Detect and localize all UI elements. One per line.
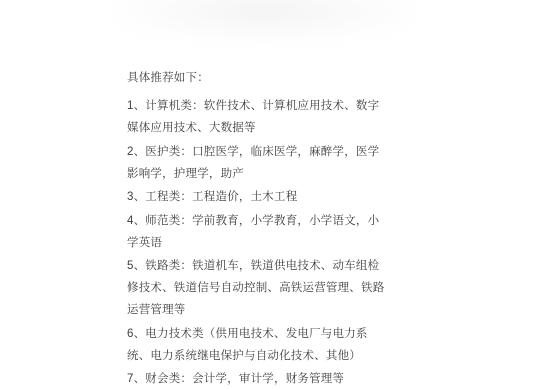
text-line: 6、电力技术类（供用电技术、发电厂与电力系 <box>127 323 417 345</box>
text-line: 修技术、铁道信号自动控制、高铁运营管理、铁路 <box>127 277 417 299</box>
faded-watermark-area <box>115 0 415 42</box>
intro-text: 具体推荐如下： <box>127 67 417 89</box>
text-line: 1、计算机类：软件技术、计算机应用技术、数字 <box>127 95 417 117</box>
paragraph-electric-power: 6、电力技术类（供用电技术、发电厂与电力系 统、电力系统继电保护与自动化技术、其… <box>127 323 417 367</box>
text-line: 5、铁路类：铁道机车，铁道供电技术、动车组检 <box>127 255 417 277</box>
text-line: 统、电力系统继电保护与自动化技术、其他） <box>127 345 417 367</box>
text-line: 7、财会类：会计学，审计学，财务管理等 <box>127 368 417 390</box>
text-line: 2、医护类：口腔医学，临床医学，麻醉学，医学 <box>127 141 417 163</box>
text-line: 学英语 <box>127 232 417 254</box>
document-text-block: 具体推荐如下： 1、计算机类：软件技术、计算机应用技术、数字 媒体应用技术、大数… <box>127 67 417 390</box>
paragraph-finance: 7、财会类：会计学，审计学，财务管理等 <box>127 368 417 390</box>
intro-heading: 具体推荐如下： <box>127 67 417 89</box>
paragraph-medical: 2、医护类：口腔医学，临床医学，麻醉学，医学 影响学，护理学，助产 <box>127 141 417 185</box>
text-line: 影响学，护理学，助产 <box>127 163 417 185</box>
paragraph-engineering: 3、工程类：工程造价，土木工程 <box>127 186 417 208</box>
text-line: 媒体应用技术、大数据等 <box>127 117 417 139</box>
text-line: 4、师范类：学前教育，小学教育，小学语文，小 <box>127 210 417 232</box>
paragraph-computer: 1、计算机类：软件技术、计算机应用技术、数字 媒体应用技术、大数据等 <box>127 95 417 139</box>
text-line: 运营管理等 <box>127 299 417 321</box>
paragraph-education: 4、师范类：学前教育，小学教育，小学语文，小 学英语 <box>127 210 417 254</box>
text-line: 3、工程类：工程造价，土木工程 <box>127 186 417 208</box>
paragraph-railway: 5、铁路类：铁道机车，铁道供电技术、动车组检 修技术、铁道信号自动控制、高铁运营… <box>127 255 417 321</box>
